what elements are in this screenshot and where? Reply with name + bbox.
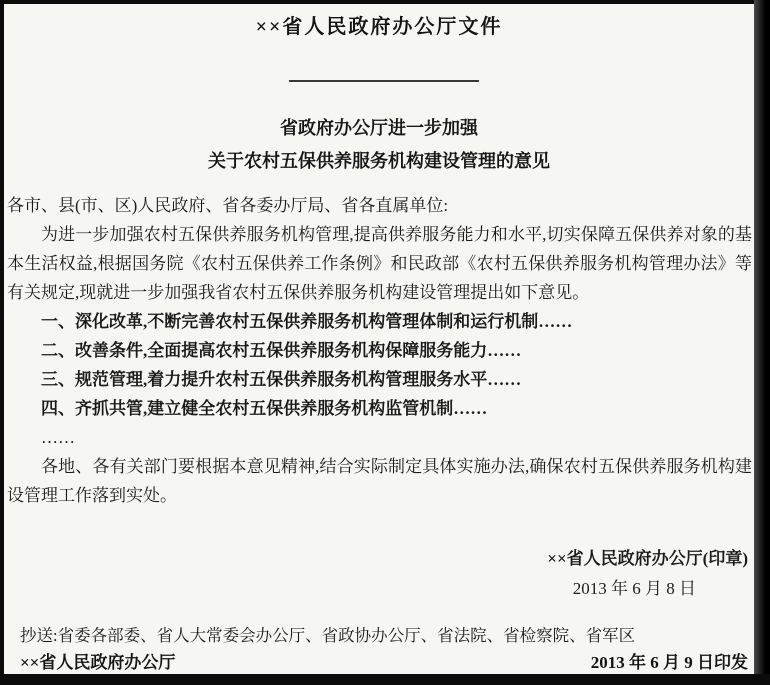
- cc-distribution-line: 抄送:省委各部委、省人大常委会办公厅、省政协办公厅、省法院、省检察院、省军区: [20, 624, 740, 648]
- signature-date: 2013 年 6 月 8 日: [4, 574, 696, 603]
- document-title-line2: 关于农村五保供养服务机构建设管理的意见: [4, 147, 754, 173]
- paragraph-closing: 各地、各有关部门要根据本意见精神,结合实际制定具体实施办法,确保农村五保供养服务…: [7, 452, 752, 510]
- document-title-line1: 省政府办公厅进一步加强: [4, 114, 754, 140]
- paragraph-ellipsis: ……: [7, 423, 752, 452]
- scan-border-top: [0, 0, 770, 4]
- footer-row: ××省人民政府办公厅 2013 年 6 月 9 日印发: [20, 652, 748, 674]
- salutation-line: 各市、县(市、区)人民政府、省各委办厅局、省各直属单位:: [7, 191, 752, 220]
- paragraph-item-2: 二、改善条件,全面提高农村五保供养服务机构保障服务能力……: [7, 336, 752, 365]
- paragraph-intro: 为进一步加强农村五保供养服务机构管理,提高供养服务能力和水平,切实保障五保供养对…: [7, 220, 752, 307]
- footer-issuing-office: ××省人民政府办公厅: [20, 652, 175, 674]
- paragraph-item-3: 三、规范管理,着力提升农村五保供养服务机构管理服务水平……: [7, 365, 752, 394]
- document-body: 各市、县(市、区)人民政府、省各委办厅局、省各直属单位: 为进一步加强农村五保供…: [7, 191, 752, 510]
- scan-border-right: [754, 0, 770, 685]
- paragraph-item-1: 一、深化改革,不断完善农村五保供养服务机构管理体制和运行机制……: [7, 307, 752, 336]
- letterhead-separator-line: [289, 80, 479, 82]
- scan-border-bottom: [0, 674, 770, 685]
- signature-office: ××省人民政府办公厅(印章): [4, 544, 748, 573]
- footer-print-date: 2013 年 6 月 9 日印发: [591, 652, 748, 674]
- scanned-document-page: ××省人民政府办公厅文件 省政府办公厅进一步加强 关于农村五保供养服务机构建设管…: [0, 0, 770, 685]
- letterhead-title: ××省人民政府办公厅文件: [4, 10, 754, 39]
- paragraph-item-4: 四、齐抓共管,建立健全农村五保供养服务机构监管机制……: [7, 394, 752, 423]
